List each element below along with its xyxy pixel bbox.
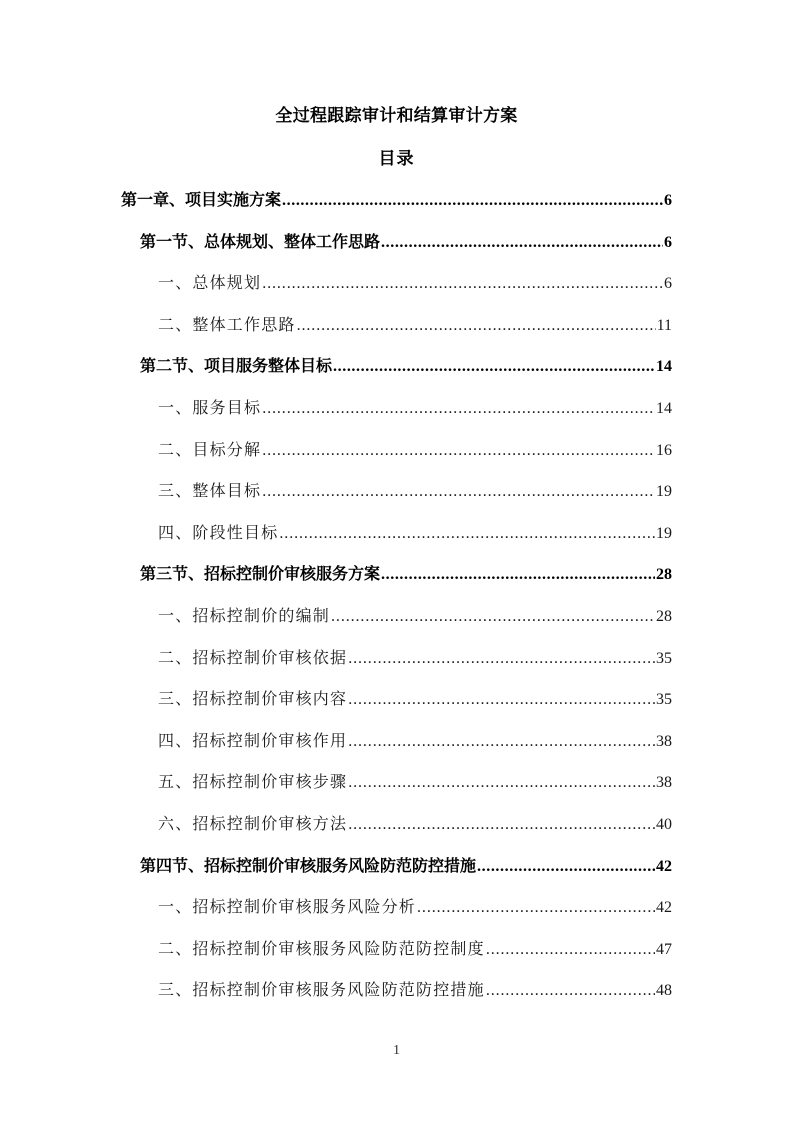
toc-entry-page: 28: [656, 563, 672, 587]
dot-leader: [348, 647, 655, 671]
dot-leader: [417, 896, 655, 920]
toc-entry-section-3[interactable]: 第三节、招标控制价审核服务方案 28: [140, 563, 672, 587]
toc-entry-label: 二、招标控制价审核服务风险防范防控制度: [158, 938, 485, 962]
toc-entry-item[interactable]: 一、招标控制价审核服务风险分析 42: [158, 896, 672, 920]
toc-entry-item[interactable]: 一、总体规划 6: [158, 272, 672, 296]
toc-entry-label: 三、整体目标: [158, 480, 261, 504]
toc-entry-page: 11: [657, 314, 672, 338]
toc-entry-label: 二、目标分解: [158, 439, 261, 463]
toc-entry-label: 二、招标控制价审核依据: [158, 647, 347, 671]
dot-leader: [262, 480, 655, 504]
toc-entry-item[interactable]: 三、招标控制价审核内容 35: [158, 688, 672, 712]
toc-entry-label: 第二节、项目服务整体目标: [140, 355, 332, 379]
toc-entry-page: 40: [656, 813, 672, 837]
toc-entry-item[interactable]: 四、招标控制价审核作用 38: [158, 730, 672, 754]
toc-entry-item[interactable]: 一、服务目标 14: [158, 397, 672, 421]
dot-leader: [348, 813, 655, 837]
toc-entry-page: 6: [664, 272, 672, 296]
dot-leader: [262, 439, 655, 463]
dot-leader: [262, 272, 663, 296]
dot-leader: [348, 688, 655, 712]
toc-entry-page: 14: [656, 397, 672, 421]
toc-entry-page: 19: [656, 480, 672, 504]
toc-entry-page: 35: [656, 647, 672, 671]
toc-entry-chapter-1[interactable]: 第一章、项目实施方案 6: [121, 189, 672, 213]
toc-entry-page: 42: [656, 896, 672, 920]
toc-entry-section-4[interactable]: 第四节、招标控制价审核服务风险防范防控措施 42: [140, 855, 672, 879]
toc-entry-label: 一、招标控制价的编制: [158, 605, 330, 629]
toc-entry-item[interactable]: 五、招标控制价审核步骤 38: [158, 771, 672, 795]
toc-entry-page: 47: [656, 938, 672, 962]
toc-entry-label: 五、招标控制价审核步骤: [158, 771, 347, 795]
toc-entry-page: 38: [656, 730, 672, 754]
toc-entry-page: 38: [656, 771, 672, 795]
dot-leader: [486, 938, 655, 962]
dot-leader: [297, 314, 656, 338]
toc-entry-item[interactable]: 二、招标控制价审核服务风险防范防控制度 47: [158, 938, 672, 962]
toc-entry-item[interactable]: 二、招标控制价审核依据 35: [158, 647, 672, 671]
toc-entry-item[interactable]: 四、阶段性目标 19: [158, 522, 672, 546]
toc-entry-label: 第一章、项目实施方案: [121, 189, 281, 213]
toc-entry-label: 一、总体规划: [158, 272, 261, 296]
dot-leader: [262, 397, 655, 421]
toc-entry-page: 48: [656, 979, 672, 1003]
document-page: 全过程跟踪审计和结算审计方案 目录 第一章、项目实施方案 6 第一节、总体规划、…: [0, 0, 793, 1122]
dot-leader: [333, 355, 655, 379]
toc-entry-label: 第三节、招标控制价审核服务方案: [140, 563, 380, 587]
dot-leader: [381, 563, 655, 587]
toc-entry-page: 35: [656, 688, 672, 712]
toc-entry-label: 三、招标控制价审核服务风险防范防控措施: [158, 979, 485, 1003]
toc-entry-page: 6: [664, 231, 672, 255]
dot-leader: [486, 979, 655, 1003]
toc-entry-page: 19: [656, 522, 672, 546]
toc-entry-section-1[interactable]: 第一节、总体规划、整体工作思路 6: [140, 231, 672, 255]
page-number: 1: [0, 1042, 793, 1060]
toc-entry-page: 6: [664, 189, 672, 213]
dot-leader: [381, 231, 663, 255]
toc-entry-label: 一、服务目标: [158, 397, 261, 421]
toc-entry-label: 一、招标控制价审核服务风险分析: [158, 896, 416, 920]
dot-leader: [331, 605, 655, 629]
toc-entry-item[interactable]: 六、招标控制价审核方法 40: [158, 813, 672, 837]
toc-entry-label: 四、阶段性目标: [158, 522, 278, 546]
dot-leader: [282, 189, 663, 213]
toc-entry-label: 四、招标控制价审核作用: [158, 730, 347, 754]
toc-entry-page: 14: [656, 355, 672, 379]
toc-entry-page: 28: [656, 605, 672, 629]
toc-entry-page: 16: [656, 439, 672, 463]
toc-entry-item[interactable]: 一、招标控制价的编制 28: [158, 605, 672, 629]
toc-entry-item[interactable]: 二、整体工作思路 11: [158, 314, 672, 338]
document-title: 全过程跟踪审计和结算审计方案: [0, 104, 793, 128]
dot-leader: [348, 771, 655, 795]
toc-entry-page: 42: [656, 855, 672, 879]
dot-leader: [348, 730, 655, 754]
toc-entry-label: 二、整体工作思路: [158, 314, 296, 338]
dot-leader: [477, 855, 655, 879]
toc-entry-section-2[interactable]: 第二节、项目服务整体目标 14: [140, 355, 672, 379]
toc-entry-label: 六、招标控制价审核方法: [158, 813, 347, 837]
dot-leader: [279, 522, 655, 546]
toc-entry-label: 第一节、总体规划、整体工作思路: [140, 231, 380, 255]
toc-entry-label: 三、招标控制价审核内容: [158, 688, 347, 712]
toc-heading: 目录: [0, 147, 793, 171]
toc-entry-label: 第四节、招标控制价审核服务风险防范防控措施: [140, 855, 476, 879]
toc-entry-item[interactable]: 二、目标分解 16: [158, 439, 672, 463]
toc-entry-item[interactable]: 三、招标控制价审核服务风险防范防控措施 48: [158, 979, 672, 1003]
toc-entry-item[interactable]: 三、整体目标 19: [158, 480, 672, 504]
